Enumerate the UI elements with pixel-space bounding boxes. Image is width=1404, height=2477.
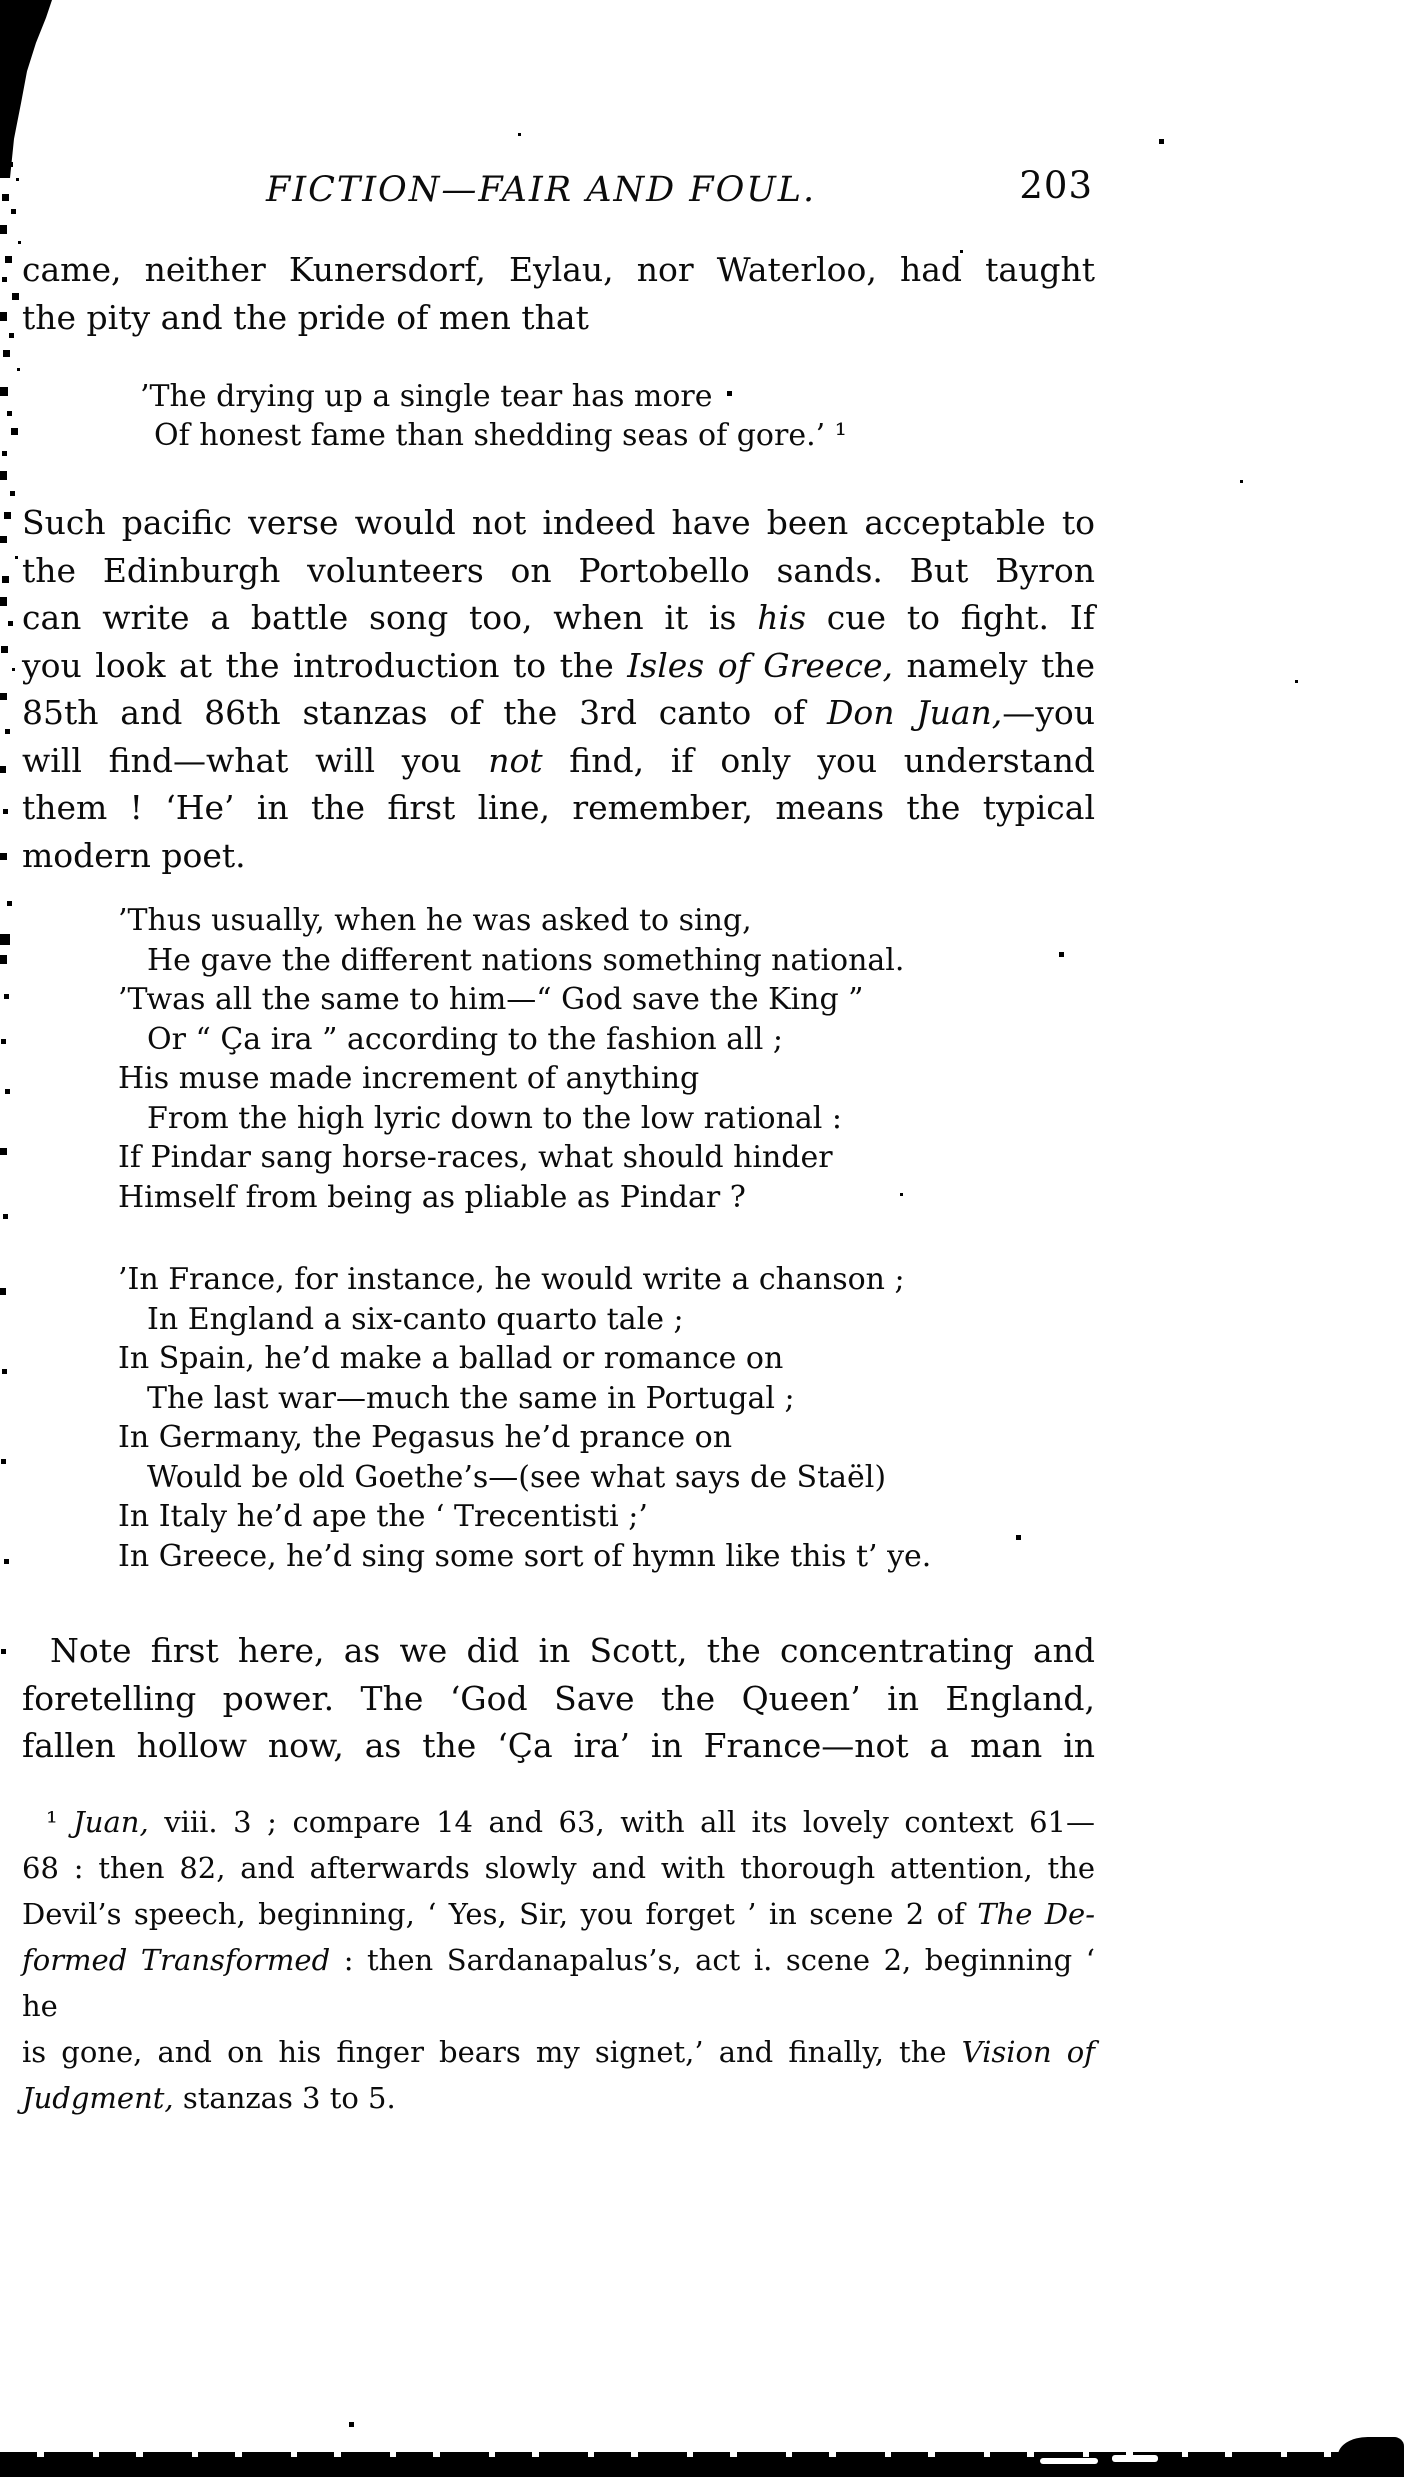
text-line: Note first here, as we did in Scott, the… [22,1627,1095,1675]
footnote-line: ¹ Juan, viii. 3 ; compare 14 and 63, wit… [22,1799,1095,1845]
footnote-line: 68 : then 82, and afterwards slowly and … [22,1845,1095,1891]
text-line: them ! ‘He’ in the first line, remember,… [22,784,1095,832]
verse-line: ’Thus usually, when he was asked to sing… [118,901,904,941]
text-line: the Edinburgh volunteers on Portobello s… [22,547,1095,595]
verse-line: ’Twas all the same to him—“ God save the… [118,980,904,1020]
verse-quote-couplet: ’The drying up a single tear has moreOf … [140,377,847,455]
footnote-line: Devil’s speech, beginning, ‘ Yes, Sir, y… [22,1891,1095,1937]
verse-line: Himself from being as pliable as Pindar … [118,1178,904,1218]
text-line: will find—what will you not find, if onl… [22,737,1095,785]
text-line: the pity and the pride of men that [22,294,1095,342]
verse-line: He gave the different nations something … [147,941,904,981]
verse-line: From the high lyric down to the low rati… [147,1099,904,1139]
text-line: can write a battle song too, when it is … [22,594,1095,642]
paragraph-byron: Such pacific verse would not indeed have… [22,499,1095,879]
text-line: 85th and 86th stanzas of the 3rd canto o… [22,689,1095,737]
verse-line: In Spain, he’d make a ballad or romance … [118,1339,931,1379]
page-content: FICTION—FAIR AND FOUL. 203 came, neither… [22,0,1095,2477]
verse-line: ’The drying up a single tear has more [140,377,847,416]
verse-stanza-2: ’In France, for instance, he would write… [118,1260,931,1576]
text-line: fallen hollow now, as the ‘Ça ira’ in Fr… [22,1722,1095,1770]
verse-line: In Italy he’d ape the ‘ Trecentisti ;’ [118,1497,931,1537]
text-line: modern poet. [22,832,1095,880]
verse-line: Would be old Goethe’s—(see what says de … [147,1458,931,1498]
text-line: Such pacific verse would not indeed have… [22,499,1095,547]
page-number: 203 [1019,164,1093,207]
verse-line: His muse made increment of anything [118,1059,904,1099]
footnote-line: is gone, and on his finger bears my sign… [22,2029,1095,2075]
verse-line: In Germany, the Pegasus he’d prance on [118,1418,931,1458]
text-line: foretelling power. The ‘God Save the Que… [22,1675,1095,1723]
verse-line: ’In France, for instance, he would write… [118,1260,931,1300]
scan-artifact-bottom-right-blob [1338,2437,1404,2460]
page-title: FICTION—FAIR AND FOUL. [266,170,816,210]
scan-artifact-stray-specks [0,0,3,3]
footnote: ¹ Juan, viii. 3 ; compare 14 and 63, wit… [22,1799,1095,2121]
verse-line: If Pindar sang horse-races, what should … [118,1138,904,1178]
paragraph-note-first: Note first here, as we did in Scott, the… [22,1627,1095,1770]
verse-line: The last war—much the same in Portugal ; [147,1379,931,1419]
verse-line: Or “ Ça ira ” according to the fashion a… [147,1020,904,1060]
footnote-line: formed Transformed : then Sardanapalus’s… [22,1937,1095,2029]
verse-line: Of honest fame than shedding seas of gor… [154,416,847,455]
paragraph-opening: came, neither Kunersdorf, Eylau, nor Wat… [22,246,1095,341]
footnote-line: Judgment, stanzas 3 to 5. [22,2075,1095,2121]
text-line: you look at the introduction to the Isle… [22,642,1095,690]
running-header: FICTION—FAIR AND FOUL. 203 [22,170,1095,218]
verse-line: In England a six-canto quarto tale ; [147,1300,931,1340]
text-line: came, neither Kunersdorf, Eylau, nor Wat… [22,246,1095,294]
verse-stanza-1: ’Thus usually, when he was asked to sing… [118,901,904,1217]
verse-line: In Greece, he’d sing some sort of hymn l… [118,1537,931,1577]
scan-artifact-bar-gap [1112,2455,1158,2462]
book-page-scan: FICTION—FAIR AND FOUL. 203 came, neither… [0,0,1404,2477]
